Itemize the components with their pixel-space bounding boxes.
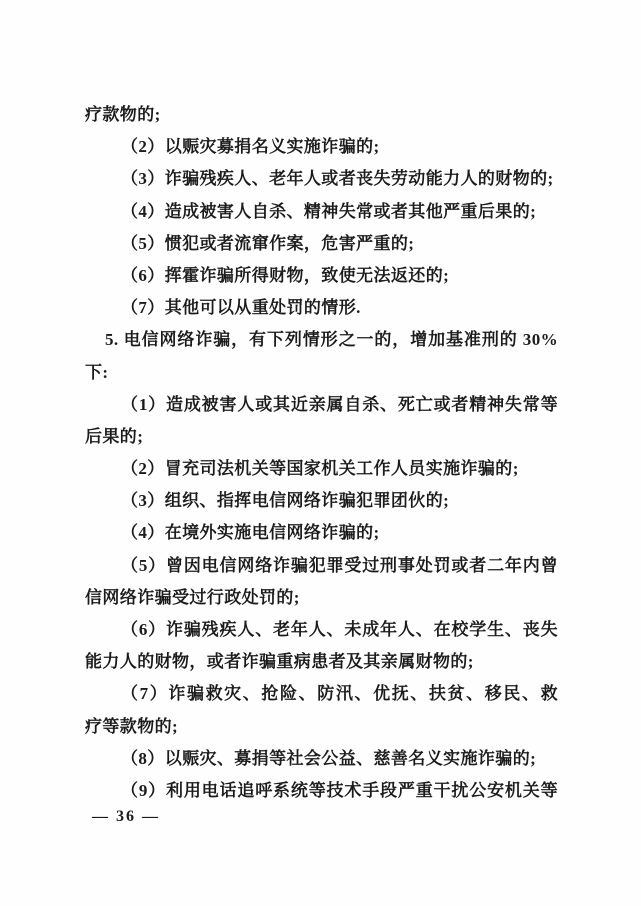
text-line: 5. 电信网络诈骗，有下列情形之一的，增加基准刑的 30%以 — [85, 324, 558, 356]
text-line: （5）惯犯或者流窜作案，危害严重的; — [85, 228, 558, 260]
text-line: 疗等款物的; — [85, 711, 558, 743]
text-line: （8）以赈灾、募捐等社会公益、慈善名义实施诈骗的; — [85, 743, 558, 775]
document-text: 疗款物的;（2）以赈灾募捐名义实施诈骗的;（3）诈骗残疾人、老年人或者丧失劳动能… — [85, 99, 558, 807]
text-line: 下: — [85, 357, 558, 389]
page-number: — 36 — — [92, 808, 160, 826]
text-line: （2）冒充司法机关等国家机关工作人员实施诈骗的; — [85, 453, 558, 485]
text-line: （3）组织、指挥电信网络诈骗犯罪团伙的; — [85, 485, 558, 517]
text-line: 信网络诈骗受过行政处罚的; — [85, 582, 558, 614]
text-line: （6）挥霍诈骗所得财物，致使无法返还的; — [85, 260, 558, 292]
document-page: 疗款物的;（2）以赈灾募捐名义实施诈骗的;（3）诈骗残疾人、老年人或者丧失劳动能… — [0, 0, 641, 906]
text-line: （7）其他可以从重处罚的情形. — [85, 292, 558, 324]
text-line: 能力人的财物，或者诈骗重病患者及其亲属财物的; — [85, 646, 558, 678]
text-line: （2）以赈灾募捐名义实施诈骗的; — [85, 131, 558, 163]
text-line: （4）在境外实施电信网络诈骗的; — [85, 517, 558, 549]
text-line: 疗款物的; — [85, 99, 558, 131]
text-line: （9）利用电话追呼系统等技术手段严重干扰公安机关等部门 — [85, 775, 558, 807]
text-line: （1）造成被害人或其近亲属自杀、死亡或者精神失常等严重 — [85, 389, 558, 421]
text-line: （6）诈骗残疾人、老年人、未成年人、在校学生、丧失劳动 — [85, 614, 558, 646]
text-line: （7）诈骗救灾、抢险、防汛、优抚、扶贫、移民、救济、医 — [85, 678, 558, 710]
text-line: （3）诈骗残疾人、老年人或者丧失劳动能力人的财物的; — [85, 163, 558, 195]
text-line: （5）曾因电信网络诈骗犯罪受过刑事处罚或者二年内曾因电 — [85, 550, 558, 582]
text-line: 后果的; — [85, 421, 558, 453]
text-line: （4）造成被害人自杀、精神失常或者其他严重后果的; — [85, 196, 558, 228]
